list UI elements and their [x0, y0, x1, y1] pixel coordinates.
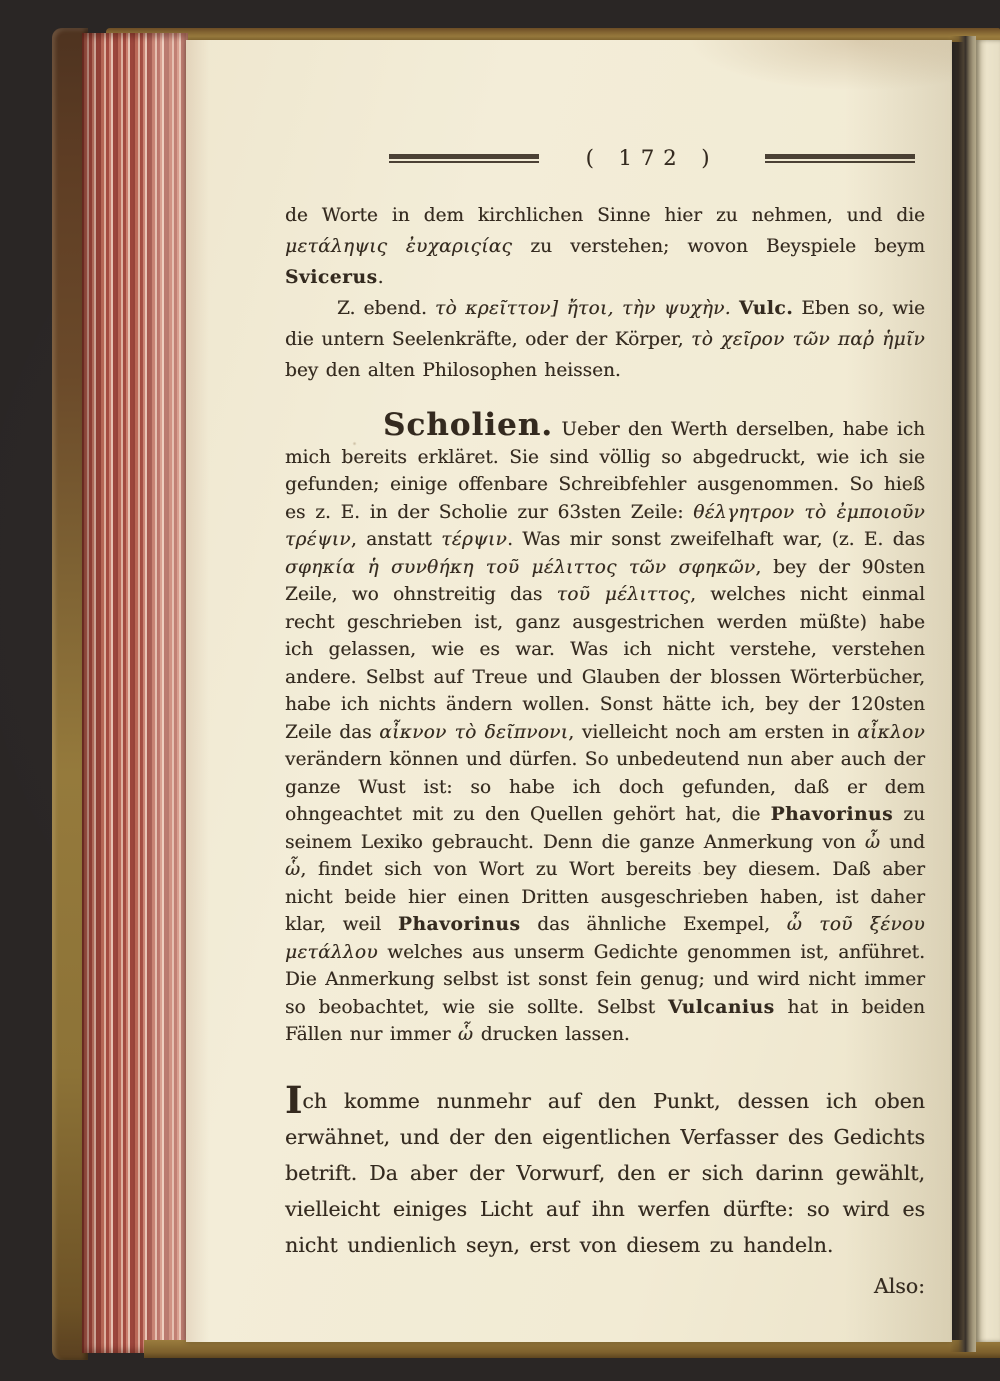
red-stained-page-edges: [82, 33, 188, 1353]
greek-text: τέρψιν: [441, 529, 507, 550]
text-run: .: [378, 267, 384, 288]
paragraph-also: Also:: [285, 1271, 925, 1301]
greek-text: αἶκνον τὸ δεῖπνονι: [379, 722, 568, 743]
greek-text: αἶκλον: [857, 722, 925, 743]
greek-text: τὸ κρεῖττον] ἤτοι, τὴν ψυχὴν.: [435, 298, 731, 319]
adjacent-page-sliver: [976, 40, 1000, 1342]
text-run: , welches nicht einmal recht geschrieben…: [285, 584, 925, 743]
text-run: drucken lassen.: [473, 1024, 629, 1045]
text-block: ( 172 ) de Worte in dem kirchlichen Sinn…: [285, 146, 925, 1301]
section-heading: Scholien.: [383, 407, 553, 443]
text-run: de Worte in dem kirchlichen Sinne hier z…: [285, 205, 925, 226]
paragraph-continuation: de Worte in dem kirchlichen Sinne hier z…: [285, 200, 925, 293]
text-run: , vielleicht noch am ersten in: [568, 722, 857, 743]
text-body: de Worte in dem kirchlichen Sinne hier z…: [285, 200, 925, 1301]
greek-text: σφηκία ἡ συνθήκη τοῦ μέλιττος τῶν σφηκῶν: [285, 557, 755, 578]
paragraph-closing: Ich komme nunmehr auf den Punkt, dessen …: [285, 1083, 925, 1263]
header-rule-left: [389, 154, 539, 163]
greek-text: ὧ: [285, 859, 300, 880]
greek-text: τοῦ μέλιττος: [557, 584, 690, 605]
text-run: [731, 298, 739, 319]
text-run: Also:: [874, 1274, 925, 1298]
text-run: . Was mir sonst zweifelhaft war, (z. E. …: [507, 529, 925, 550]
greek-text: ὦ: [865, 832, 880, 853]
proper-name: Vulcanius: [668, 997, 775, 1018]
book-bottom-cover-edge: [144, 1340, 1000, 1358]
book: ( 172 ) de Worte in dem kirchlichen Sinn…: [52, 28, 1000, 1360]
photo-backdrop: { "document_type": "scanned antique book…: [0, 0, 1000, 1381]
text-run: zu verstehen; wovon Beyspiele beym: [512, 236, 925, 257]
text-run: , anstatt: [351, 529, 441, 550]
page-header: ( 172 ): [389, 146, 915, 170]
header-rule-right: [765, 154, 915, 163]
book-gutter-shadow: [950, 36, 976, 1352]
text-run: Z. ebend.: [337, 298, 435, 319]
paragraph-z-ebend: Z. ebend. τὸ κρεῖττον] ἤτοι, τὴν ψυχὴν. …: [285, 293, 925, 386]
text-run: und: [880, 832, 925, 853]
page-number: ( 172 ): [586, 146, 719, 170]
proper-name: Vulc.: [739, 298, 793, 319]
greek-text: μετάληψις ἐυχαριςίας: [285, 236, 512, 257]
text-run: ch komme nunmehr auf den Punkt, dessen i…: [285, 1089, 925, 1257]
proper-name: Svicerus: [285, 267, 378, 288]
greek-text: ὧ: [458, 1024, 473, 1045]
text-run: bey den alten Philosophen heissen.: [285, 360, 621, 381]
book-page: ( 172 ) de Worte in dem kirchlichen Sinn…: [186, 40, 952, 1342]
text-run: das ähnliche Exempel,: [520, 914, 786, 935]
initial-capital: I: [285, 1078, 302, 1122]
proper-name: Phavorinus: [771, 804, 894, 825]
proper-name: Phavorinus: [398, 914, 521, 935]
paragraph-scholien: Scholien. Ueber den Werth derselben, hab…: [285, 412, 925, 1049]
greek-text: τὸ χεῖρον τῶν παῤ ἡμῖν: [691, 329, 925, 350]
